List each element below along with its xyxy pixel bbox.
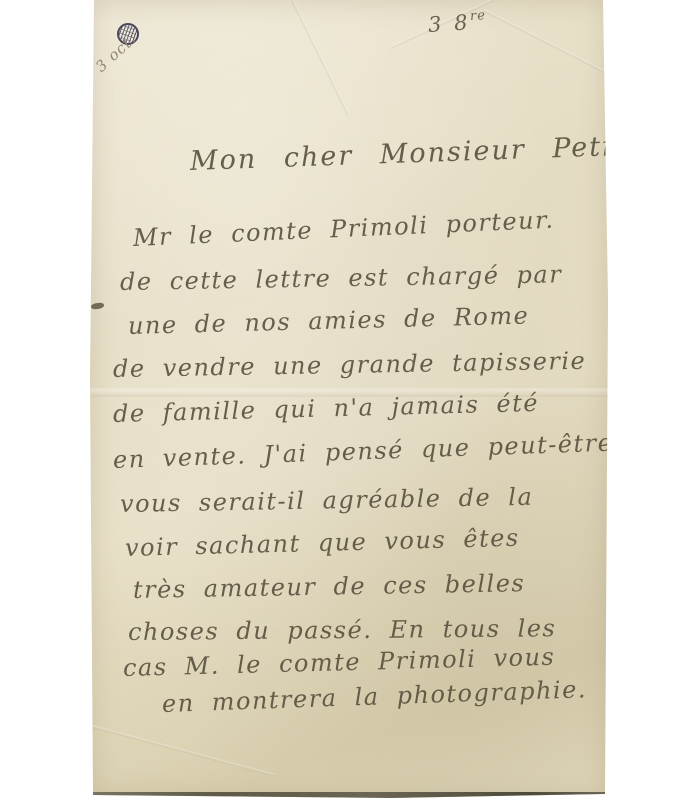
paper-bottom-edge [90,792,608,800]
handwriting-line: de vendre une grande tapisserie [113,347,587,383]
paper-crease [290,0,350,116]
handwriting-line: en vente. J'ai pensé que peut-être [113,429,614,474]
handwriting-line: de famille qui n'a jamais été [113,389,540,428]
handwriting-line: une de nos amies de Rome [128,301,530,339]
handwriting-line: choses du passé. En tous les [128,614,557,646]
salutation-line: Mon cher Monsieur Petit [189,131,626,177]
ink-smudge [91,302,105,310]
date-annotation: 3 8re [427,8,487,37]
handwriting-line: Mr le comte Primoli porteur. [132,206,555,252]
handwriting-line: très amateur de ces belles [133,569,526,604]
paper-crease [81,722,275,777]
letter-paper-sheet: 3 oct. 3 8re Mon cher Monsieur Petit Mr … [90,0,608,800]
date-annotation-superscript: re [470,8,487,24]
date-annotation-main: 3 8 [427,10,471,37]
paper-crease [483,9,627,84]
handwriting-line: de cette lettre est chargé par [120,260,563,296]
handwriting-line: voir sachant que vous êtes [125,524,520,562]
handwriting-line: vous serait-il agréable de la [120,483,534,518]
handwriting-line: cas M. le comte Primoli vous [123,643,556,682]
handwriting-line: en montrera la photographie. [162,675,588,718]
